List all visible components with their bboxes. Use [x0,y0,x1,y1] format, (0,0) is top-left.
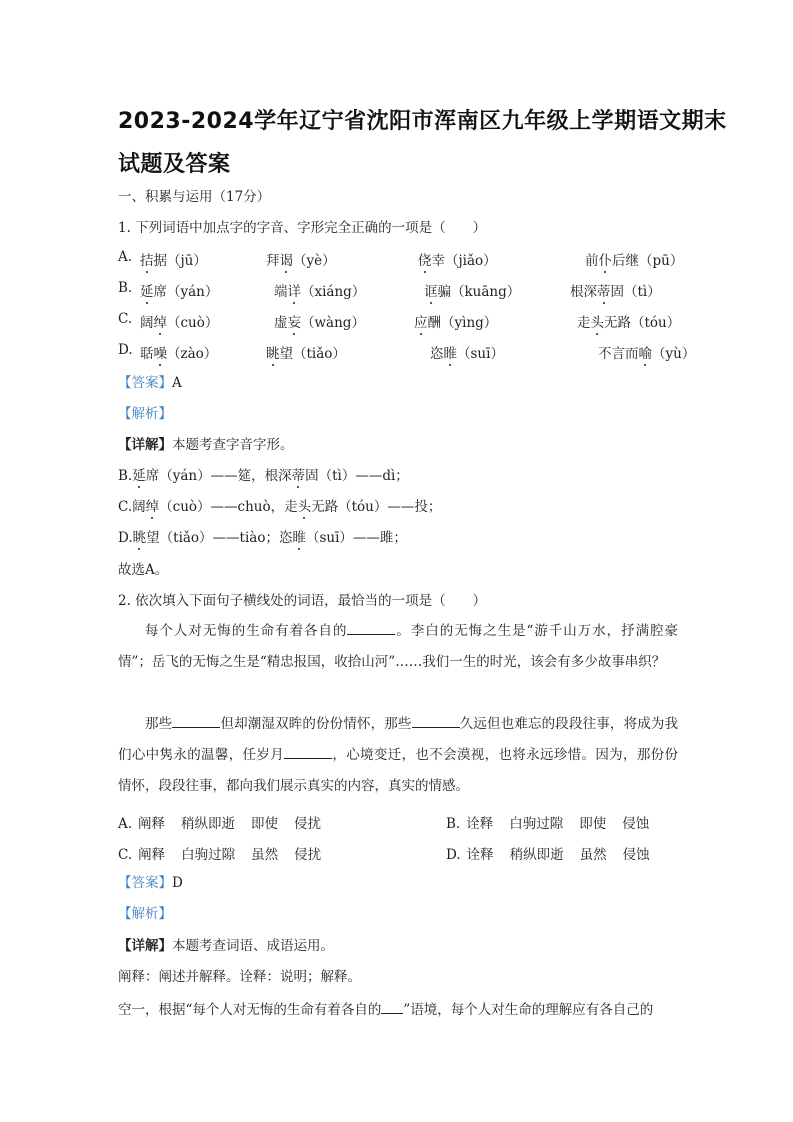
q2-options-row2: C.阐释白驹过隙虽然侵扰 D.诠释稍纵即逝虽然侵蚀 [118,843,678,861]
detail-tag: 【详解】 [118,437,172,453]
q1-explanation-d: D.眺望（tiǎo）——tiào；恣睢（suī）——雎； [118,529,407,547]
option-item: 聒噪（zào） [140,342,217,362]
q1-analysis-tag: 【解析】 [118,405,172,423]
q2-blank1-analysis: 空一，根据“每个人对无悔的生命有着各自的”语境，每个人对生命的理解应有各自己的 [118,999,653,1019]
q2-passage-1: 每个人对无悔的生命有着各自的。李白的无悔之生是“游千山万水，抒满腔豪情”；岳飞的… [118,616,678,678]
fill-blank [284,744,332,759]
q1-option-c: C. 阔绰（cuò） 虚妄（wàng） 应酬（yìng） 走头无路（tóu） [118,311,678,329]
option-item: 不言而喻（yù） [598,342,695,362]
q2-answer: 【答案】D [118,874,183,892]
answer-tag: 【答案】 [118,875,172,891]
option-item: 拜谒（yè） [266,249,336,269]
q1-option-a: A. 拮据（jū） 拜谒（yè） 侥幸（jiǎo） 前仆后继（pū） [118,249,678,267]
q2-detail: 【详解】本题考查词语、成语运用。 [118,937,334,955]
option-label: A. [118,249,132,265]
q1-answer: 【答案】A [118,374,182,392]
fill-blank [412,713,460,728]
option-item: 根深蒂固（tì） [570,280,661,300]
answer-value: A [172,375,182,391]
q1-explanation-b: B.延席（yán）——筵，根深蒂固（tì）——dì； [118,467,409,485]
document-title-line2: 试题及答案 [118,147,231,178]
q2-option-b: B.诠释白驹过隙即使侵蚀 [446,812,665,832]
q2-stem: 2. 依次填入下面句子横线处的词语，最恰当的一项是（ ） [118,592,486,610]
option-item: 阔绰（cuò） [140,311,218,331]
option-item: 前仆后继（pū） [585,249,683,269]
option-item: 诓骗（kuāng） [424,280,520,300]
q2-option-d: D.诠释稍纵即逝虽然侵蚀 [446,843,666,863]
option-item: 恣睢（suī） [430,342,504,362]
q1-option-b: B. 延席（yán） 端详（xiáng） 诓骗（kuāng） 根深蒂固（tì） [118,280,678,298]
option-label: B. [118,280,132,296]
option-item: 延席（yán） [140,280,218,300]
document-title-line1: 2023-2024学年辽宁省沈阳市浑南区九年级上学期语文期末 [118,104,727,135]
q1-stem: 1. 下列词语中加点字的字音、字形完全正确的一项是（ ） [118,219,486,237]
q1-explanation-c: C.阔绰（cuò）——chuò，走头无路（tóu）——投； [118,498,441,516]
answer-tag: 【答案】 [118,375,172,391]
option-item: 眺望（tiǎo） [266,342,346,362]
q2-passage-2: 那些但却潮湿双眸的份份情怀，那些久远但也难忘的段段往事，将成为我们心中隽永的温馨… [118,709,678,802]
option-label: D. [118,342,133,358]
option-item: 虚妄（wàng） [274,311,365,331]
fill-blank [172,713,220,728]
q2-option-c: C.阐释白驹过隙虽然侵扰 [118,843,337,863]
detail-tag: 【详解】 [118,938,172,954]
option-item: 走头无路（tóu） [577,311,680,331]
q1-detail: 【详解】本题考查字音字形。 [118,436,294,454]
option-item: 端详（xiáng） [274,280,365,300]
q1-option-d: D. 聒噪（zào） 眺望（tiǎo） 恣睢（suī） 不言而喻（yù） [118,342,678,360]
q1-conclusion: 故选A。 [118,561,168,579]
q2-definition: 阐释：阐述并解释。诠释：说明；解释。 [118,968,361,986]
section-heading: 一、积累与运用（17分） [118,188,270,206]
option-item: 拮据（jū） [140,249,207,269]
answer-value: D [172,875,183,891]
exam-page: 2023-2024学年辽宁省沈阳市浑南区九年级上学期语文期末 试题及答案 一、积… [0,0,793,1122]
option-label: C. [118,311,132,327]
fill-blank [381,999,403,1014]
option-item: 侥幸（jiǎo） [418,249,497,269]
q2-options-row1: A.阐释稍纵即逝即使侵扰 B.诠释白驹过隙即使侵蚀 [118,812,678,830]
q2-option-a: A.阐释稍纵即逝即使侵扰 [118,812,337,832]
q2-analysis-tag: 【解析】 [118,905,172,923]
fill-blank [347,620,395,635]
option-item: 应酬（yìng） [414,311,497,331]
